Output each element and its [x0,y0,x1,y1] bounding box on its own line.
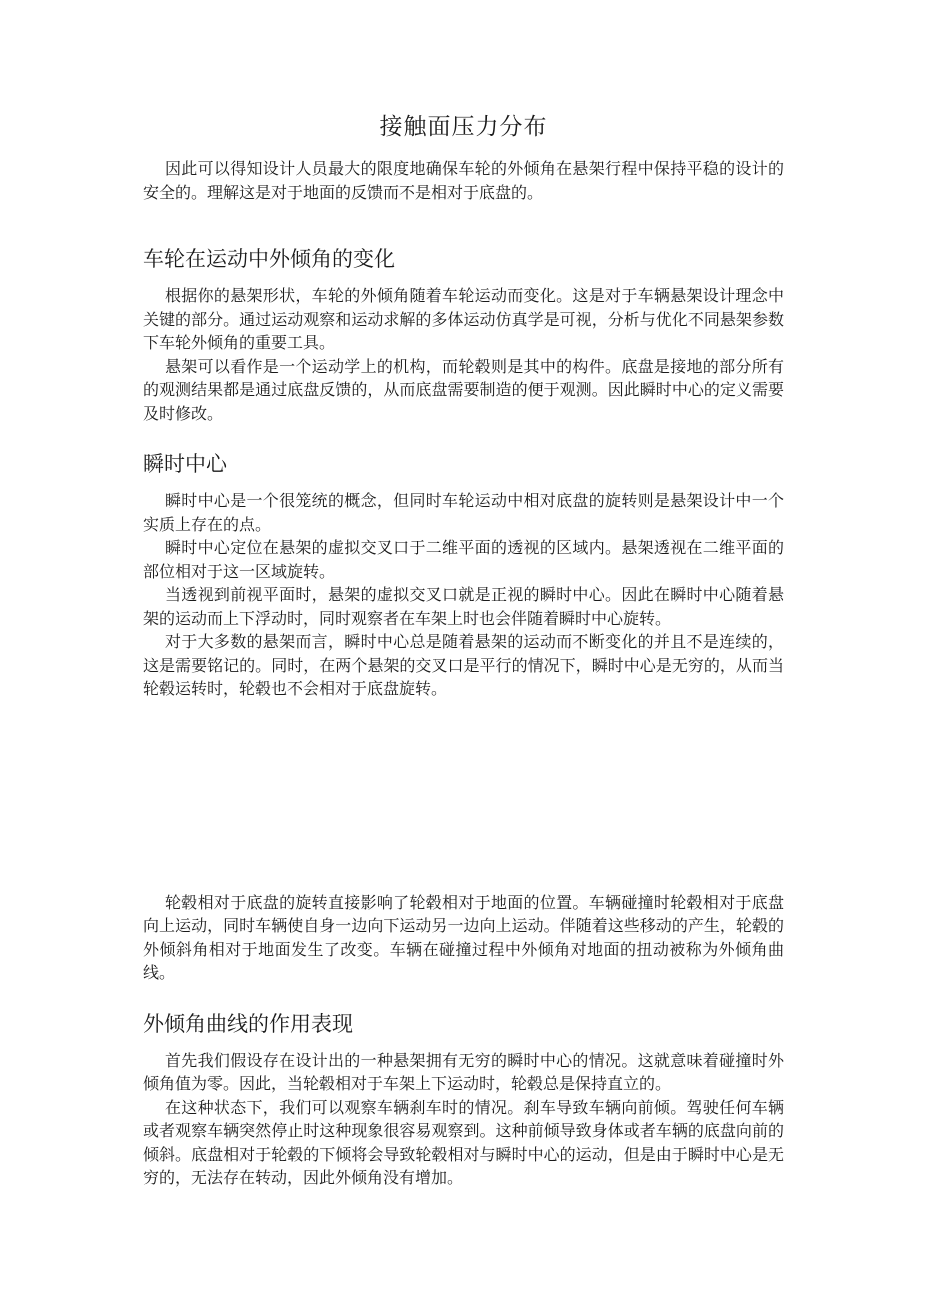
paragraph: 对于大多数的悬架而言，瞬时中心总是随着悬架的运动而不断变化的并且不是连续的，这是… [143,631,784,702]
paragraph: 悬架可以看作是一个运动学上的机构，而轮毂则是其中的构件。底盘是接地的部分所有的观… [143,356,784,427]
document-page: 接触面压力分布 因此可以得知设计人员最大的限度地确保车轮的外倾角在悬架行程中保持… [0,0,926,1309]
paragraph: 当透视到前视平面时，悬架的虚拟交叉口就是正视的瞬时中心。因此在瞬时中心随着悬架的… [143,584,784,631]
section-heading-camber-curve-effect: 外倾角曲线的作用表现 [143,1010,784,1038]
paragraph: 因此可以得知设计人员最大的限度地确保车轮的外倾角在悬架行程中保持平稳的设计的安全… [143,158,784,205]
paragraph: 轮毂相对于底盘的旋转直接影响了轮毂相对于地面的位置。车辆碰撞时轮毂相对于底盘向上… [143,892,784,986]
section-heading-instant-center: 瞬时中心 [143,450,784,478]
paragraph: 在这种状态下，我们可以观察车辆刹车时的情况。刹车导致车辆向前倾。驾驶任何车辆或者… [143,1097,784,1191]
document-content: 接触面压力分布 因此可以得知设计人员最大的限度地确保车轮的外倾角在悬架行程中保持… [143,112,784,1191]
blank-figure-area [143,702,784,892]
section-heading-camber-change: 车轮在运动中外倾角的变化 [143,245,784,273]
document-title: 接触面压力分布 [143,112,784,142]
paragraph: 首先我们假设存在设计出的一种悬架拥有无穷的瞬时中心的情况。这就意味着碰撞时外倾角… [143,1050,784,1097]
paragraph: 瞬时中心定位在悬架的虚拟交叉口于二维平面的透视的区域内。悬架透视在二维平面的部位… [143,537,784,584]
paragraph: 瞬时中心是一个很笼统的概念，但同时车轮运动中相对底盘的旋转则是悬架设计中一个实质… [143,490,784,537]
paragraph: 根据你的悬架形状，车轮的外倾角随着车轮运动而变化。这是对于车辆悬架设计理念中关键… [143,285,784,356]
